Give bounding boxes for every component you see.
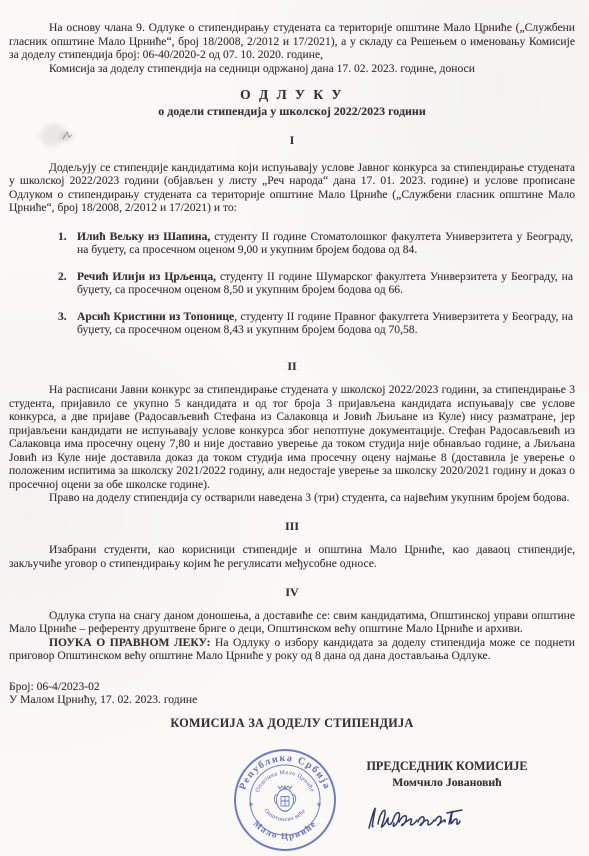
svg-text:✶: ✶ (316, 801, 322, 809)
president-name: Момчило Јовановић (361, 776, 533, 790)
section-2-paragraph-1: На расписани Јавни конкурс за стипендира… (9, 383, 575, 491)
list-item-number: 1. (58, 230, 77, 257)
awardee-name: Речић Илији из Црљенца, (77, 270, 216, 283)
official-round-stamp: Република Србија Мало Црниће Општина Мал… (232, 747, 338, 853)
svg-text:Општинско веће: Општинско веће (263, 808, 308, 823)
president-block: ПРЕДСЕДНИК КОМИСИЈЕ Момчило Јовановић (361, 760, 533, 789)
awardees-list: 1. Илић Вељку из Шапина, студенту II год… (58, 230, 573, 337)
section-1-paragraph: Додељују се стипендије кандидатима који … (9, 161, 575, 215)
section-1-numeral: I (9, 134, 575, 148)
list-item: 3. Арсић Кристини из Топонице, студенту … (58, 310, 573, 337)
title-block: О Д Л У К У о додели стипендија у школск… (9, 88, 575, 118)
section-2-numeral: II (9, 360, 575, 374)
handwritten-signature (363, 796, 473, 840)
list-item-text: Илић Вељку из Шапина, студенту II године… (77, 230, 573, 257)
list-item-number: 2. (58, 270, 77, 297)
section-4-numeral: IV (9, 586, 575, 600)
legal-remedy-label: ПОУКА О ПРАВНОМ ЛЕКУ: (49, 636, 210, 649)
pencil-mark (62, 131, 74, 141)
scanned-decision-document: На основу члана 9. Одлуке о стипендирању… (0, 0, 589, 856)
document-number-line: Број: 06-4/2023-02 (9, 680, 575, 694)
coat-of-arms-emblem (274, 786, 295, 812)
list-item: 1. Илић Вељку из Шапина, студенту II год… (58, 230, 573, 257)
document-subtitle: о додели стипендија у школској 2022/2023… (9, 105, 575, 119)
intro-paragraph-2: Комисија за доделу стипендија на седници… (9, 62, 575, 76)
signature-area: Република Србија Мало Црниће Општина Мал… (9, 734, 575, 856)
list-item-text: Арсић Кристини из Топонице, студенту II … (77, 310, 573, 337)
awardee-name: Илић Вељку из Шапина, (77, 230, 210, 243)
svg-text:Општина Мало Црниће: Општина Мало Црниће (255, 770, 315, 793)
svg-text:✶: ✶ (248, 801, 254, 809)
commission-title: КОМИСИЈА ЗА ДОДЕЛУ СТИПЕНДИЈА (9, 717, 575, 731)
list-item-number: 3. (58, 310, 77, 337)
section-4-paragraph-2: ПОУКА О ПРАВНОМ ЛЕКУ: На Одлуку о избору… (9, 636, 575, 663)
list-item: 2. Речић Илији из Црљенца, студенту II г… (58, 270, 573, 297)
section-3-numeral: III (9, 520, 575, 534)
section-3-paragraph: Изабрани студенти, као корисници стипенд… (9, 543, 575, 570)
intro-paragraph-1: На основу члана 9. Одлуке о стипендирању… (9, 21, 575, 62)
awardee-name: Арсић Кристини из Топонице (77, 310, 234, 323)
president-title: ПРЕДСЕДНИК КОМИСИЈЕ (361, 760, 533, 774)
footer-reference-block: Број: 06-4/2023-02 У Малом Црнићу, 17. 0… (9, 680, 575, 707)
document-title: О Д Л У К У (9, 88, 575, 102)
place-date-line: У Малом Црнићу, 17. 02. 2023. године (9, 693, 575, 707)
section-2-paragraph-2: Право на доделу стипендија су остварили … (9, 491, 575, 505)
list-item-text: Речић Илији из Црљенца, студенту II годи… (77, 270, 573, 297)
section-4-paragraph-1: Одлука ступа на снагу даном доношења, а … (9, 609, 575, 636)
